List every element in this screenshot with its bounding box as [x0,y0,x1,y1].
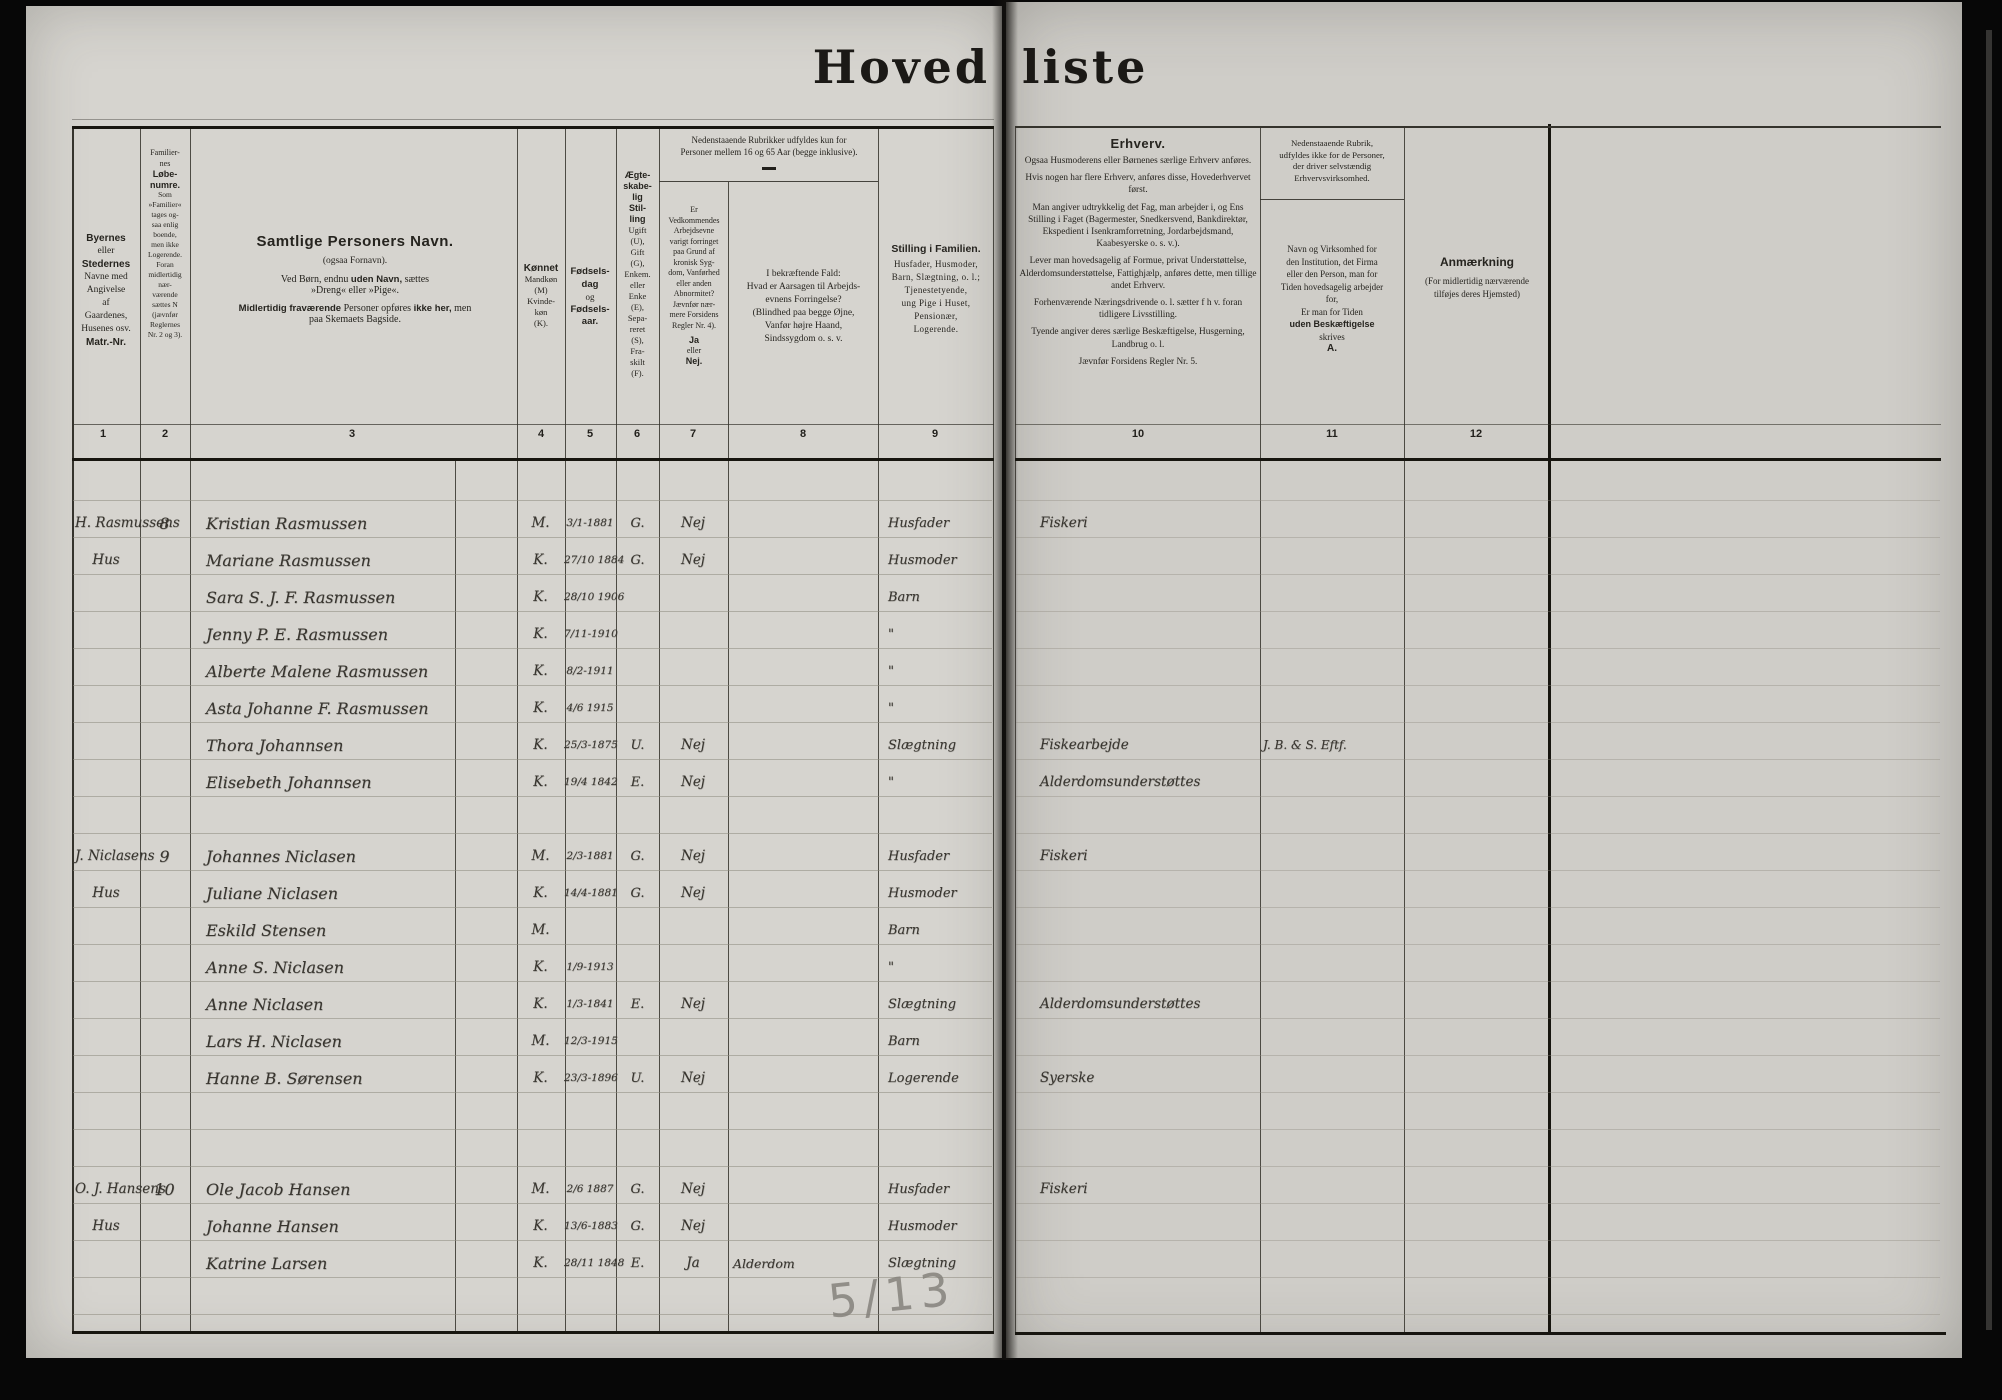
grid-line [1016,1018,1940,1019]
cell-c5: 12/3-1915 [564,1029,616,1054]
grid-line [1016,1203,1940,1204]
cell-c9: Logerende [888,1066,992,1091]
grid-line [73,759,992,760]
cell-c7: Ja [660,1251,726,1276]
cell-c5: 27/10 1884 [564,548,616,573]
cell-c1: J. Niclasens [75,844,137,869]
header-lines: Mandkøn (M) Kvinde- køn (K). [519,274,563,329]
cell-c6: U. [617,1066,658,1091]
cell-c4: K. [518,696,563,721]
grid-line [1016,1277,1940,1278]
scan-edge-sliver [1986,30,1992,1330]
header-line: Ved Børn, endnu uden Navn, sættes [196,274,514,285]
cell-c3: Eskild Stensen [206,918,451,943]
cell-c9: Husfader [888,1177,992,1202]
header-lines: Er Vedkommendes Arbejdsevne varigt forri… [661,205,727,331]
header-line: skrives [1262,331,1402,344]
cell-c5: 23/3-1896 [564,1066,616,1091]
header-lines: Familier- nes [141,148,189,169]
grid-line [72,458,994,461]
cell-c4: K. [518,622,563,647]
grid-line [73,1203,992,1204]
header-line: Nej. [661,356,727,367]
cell-c3: Sara S. J. F. Rasmussen [206,585,451,610]
cell-c5: 25/3-1875 [564,733,616,758]
header-lines: Navn og Virksomhed for den Institution, … [1262,243,1402,318]
cell-c4: K. [518,770,563,795]
column-number: 1 [83,428,123,452]
cell-c5: 13/6-1883 [564,1214,616,1239]
cell-c1: Hus [75,1214,137,1239]
grid-line [1016,1092,1940,1093]
grid-line [73,537,992,538]
cell-c5: 14/4-1881 [564,881,616,906]
cell-c3: Alberte Malene Rasmussen [206,659,451,684]
grid-line [1016,722,1940,723]
header-lines: Som »Familier« tages og- saa enlig boend… [141,190,189,340]
cell-c1: Hus [75,548,137,573]
grid-line [73,907,992,908]
header-paragraph: Jævnfør Forsidens Regler Nr. 5. [1018,356,1258,368]
cell-c5: 28/11 1848 [564,1251,616,1276]
header-col6-marital-status: Ægte- skabe- lig Stil- ling Ugift (U), G… [618,170,657,379]
header-title: Samtlige Personers Navn. [196,233,514,250]
grid-line [878,126,879,1334]
grid-line [1016,500,1940,501]
cell-c4: K. [518,548,563,573]
header-line: Midlertidig fraværende Personer opføres … [196,303,514,314]
header-col10-occupation: Erhverv. Ogsaa Husmoderens eller Børnene… [1018,136,1258,373]
grid-line [1016,759,1940,760]
grid-line [1015,458,1941,461]
grid-line [1016,648,1940,649]
cell-c3: Anne S. Niclasen [206,955,451,980]
grid-line [1016,1166,1940,1167]
grid-line [1404,126,1405,1334]
cell-c2: 10 [141,1177,188,1202]
header-line: Stedernes [74,258,138,271]
cell-c7: Nej [660,992,726,1017]
grid-line [1016,796,1940,797]
cell-c1: Hus [75,881,137,906]
column-number: 10 [1118,428,1158,452]
grid-line [993,126,994,1334]
grid-line [73,870,992,871]
cell-c6: G. [617,511,658,536]
header-line: eller [74,245,138,258]
cell-c3: Kristian Rasmussen [206,511,451,536]
cell-c11: J. B. & S. Eftf. [1263,733,1402,758]
header-paragraph: Man angiver udtrykkelig det Fag, man arb… [1018,202,1258,251]
grid-line [1016,1055,1940,1056]
cell-c9: " [888,659,992,684]
grid-line [1015,126,1016,1334]
cell-c4: M. [518,1177,563,1202]
grid-line [73,1129,992,1130]
grid-line [73,1166,992,1167]
page-title-left: Hoved [640,40,990,94]
cell-c3: Johanne Hansen [206,1214,451,1239]
cell-c5: 8/2-1911 [564,659,616,684]
header-lines: Fødsels- dag [566,266,614,291]
header-line: A. [1262,343,1402,356]
column-number: 3 [332,428,372,452]
header-lines: Fødsels- aar. [566,304,614,329]
column-number: 8 [783,428,823,452]
header-title: Stilling i Familien. [880,243,992,255]
grid-line [1548,124,1551,1334]
grid-line [728,182,729,1334]
grid-line [73,648,992,649]
column-number: 6 [617,428,657,452]
grid-line [73,1240,992,1241]
cell-c10: Syerske [1040,1066,1258,1091]
header-line: Matr.-Nr. [74,336,138,349]
cell-c9: Husfader [888,511,992,536]
cell-c4: K. [518,659,563,684]
cell-c4: M. [518,844,563,869]
scanned-census-spread: Hoved liste Byernes eller Stedernes Navn… [0,0,2002,1400]
grid-line [1260,199,1404,200]
grid-line [73,722,992,723]
header-lines: (For midlertidig nærværende tilføjes der… [1408,275,1546,301]
cell-c3: Jenny P. E. Rasmussen [206,622,451,647]
cell-c9: Barn [888,585,992,610]
header-lines: Navne med Angivelse af Gaardenes, Husene… [74,271,138,336]
cell-c6: G. [617,1177,658,1202]
grid-line [72,1331,994,1334]
cell-c4: M. [518,511,563,536]
header-line: og [566,291,614,304]
cell-c7: Nej [660,1066,726,1091]
cell-c5: 28/10 1906 [564,585,616,610]
cell-c6: G. [617,881,658,906]
cell-c9: Husmoder [888,1214,992,1239]
header-line: Ja [661,335,727,346]
cell-c4: K. [518,955,563,980]
grid-line [73,500,992,501]
cell-c6: G. [617,548,658,573]
grid-line [73,685,992,686]
grid-line [73,1055,992,1056]
cell-c6: E. [617,992,658,1017]
cell-c9: Husmoder [888,548,992,573]
cell-c3: Thora Johannsen [206,733,451,758]
cell-c10: Fiskeri [1040,1177,1258,1202]
header-paragraph: Ogsaa Husmoderens eller Børnenes særlige… [1018,155,1258,167]
grid-line [1015,126,1941,128]
cell-c9: " [888,696,992,721]
span-note-dash [762,167,776,170]
cell-c7: Nej [660,1177,726,1202]
grid-line [1016,981,1940,982]
grid-line [73,1092,992,1093]
column-number: 11 [1312,428,1352,452]
header-line: »Dreng« eller »Pige«. [196,285,514,296]
header-line: paa Skemaets Bagside. [196,314,514,325]
cell-c4: K. [518,1251,563,1276]
cell-c9: Slægtning [888,733,992,758]
grid-line [190,126,191,1334]
header-lines: Ugift (U), Gift (G), Enkem. eller Enke (… [618,225,657,379]
cell-c4: K. [518,992,563,1017]
cell-c5: 7/11-1910 [564,622,616,647]
cell-c9: Barn [888,1029,992,1054]
grid-line [1016,537,1940,538]
cell-c4: M. [518,918,563,943]
cell-c7: Nej [660,511,726,536]
cell-c5: 1/3-1841 [564,992,616,1017]
cell-c7: Nej [660,844,726,869]
cell-c4: K. [518,881,563,906]
grid-line [73,611,992,612]
grid-line [1016,1314,1940,1315]
cell-c4: K. [518,733,563,758]
cell-c4: K. [518,1214,563,1239]
cell-c6: E. [617,770,658,795]
grid-line [72,119,994,120]
cell-c4: K. [518,585,563,610]
header-line: uden Beskæftigelse [1262,318,1402,331]
column-number: 5 [570,428,610,452]
header-lines: Ægte- skabe- lig Stil- ling [618,170,657,225]
grid-line [72,126,994,129]
cell-c3: Anne Niclasen [206,992,451,1017]
header-lines: Løbe- numre. [141,169,189,190]
cell-c3: Katrine Larsen [206,1251,451,1276]
grid-line [1016,833,1940,834]
header-col8-cause: I bekræftende Fald: Hvad er Aarsagen til… [730,268,877,346]
header-line: Byernes [74,232,138,245]
header-col1-place: Byernes eller Stedernes Navne med Angive… [74,232,138,349]
grid-line [73,833,992,834]
grid-line [1015,424,1941,425]
cell-c3: Ole Jacob Hansen [206,1177,451,1202]
header-line: (ogsaa Fornavn). [196,256,514,266]
cell-c5: 4/6 1915 [564,696,616,721]
grid-line [73,796,992,797]
header-paragraph: Lever man hovedsagelig af Formue, privat… [1018,255,1258,292]
grid-line [1016,1240,1940,1241]
cell-c5: 1/9-1913 [564,955,616,980]
grid-line [73,981,992,982]
cell-c3: Mariane Rasmussen [206,548,451,573]
cell-c10: Fiskeri [1040,844,1258,869]
cell-c4: K. [518,1066,563,1091]
header-col2-family-number: Familier- nes Løbe- numre. Som »Familier… [141,148,189,340]
cell-c5: 3/1-1881 [564,511,616,536]
grid-line [1016,1129,1940,1130]
cell-c6: U. [617,733,658,758]
cell-c1: H. Rasmussens [75,511,137,536]
grid-line [73,574,992,575]
grid-line [1016,907,1940,908]
header-col12-remarks: Anmærkning (For midlertidig nærværende t… [1408,255,1546,301]
cell-c5: 2/6 1887 [564,1177,616,1202]
grid-line [517,126,518,1334]
header-line: eller [661,346,727,357]
grid-line [72,424,994,425]
cell-c7: Nej [660,733,726,758]
grid-line [659,126,660,1334]
header-age-span-note: Nedenstaaende Rubrikker udfyldes kun for… [661,134,877,158]
grid-line [73,1018,992,1019]
cell-c6: E. [617,1251,658,1276]
cell-c10: Fiskearbejde [1040,733,1258,758]
cell-c10: Alderdomsunderstøttes [1040,992,1258,1017]
grid-line [1015,1332,1946,1335]
cell-c7: Nej [660,1214,726,1239]
header-title: Anmærkning [1408,255,1546,269]
cell-c5: 19/4 1842 [564,770,616,795]
cell-c7: Nej [660,770,726,795]
cell-c4: M. [518,1029,563,1054]
header-paragraph: Hvis nogen har flere Erhverv, anføres di… [1018,172,1258,196]
cell-c3: Lars H. Niclasen [206,1029,451,1054]
grid-line [616,126,617,1334]
cell-c1: O. J. Hansens [75,1177,137,1202]
cell-c3: Elisebeth Johannsen [206,770,451,795]
grid-line [73,944,992,945]
cell-c9: Husfader [888,844,992,869]
cell-c9: Husmoder [888,881,992,906]
header-col9-family-position: Stilling i Familien. Husfader, Husmoder,… [880,243,992,336]
cell-c3: Juliane Niclasen [206,881,451,906]
header-title: Kønnet [519,263,563,274]
header-paragraph: Forhenværende Næringsdrivende o. l. sætt… [1018,297,1258,321]
cell-c10: Fiskeri [1040,511,1258,536]
grid-line [659,181,878,182]
column-number: 2 [145,428,185,452]
header-col3-names: Samtlige Personers Navn. (ogsaa Fornavn)… [196,233,514,325]
header-col11-employer: Navn og Virksomhed for den Institution, … [1262,243,1402,356]
cell-c9: Slægtning [888,992,992,1017]
header-paragraphs: Ogsaa Husmoderens eller Børnenes særlige… [1018,155,1258,368]
header-col7-work-ability: Er Vedkommendes Arbejdsevne varigt forri… [661,205,727,367]
grid-line [1260,126,1261,1334]
cell-c2: 9 [141,844,188,869]
cell-c6: G. [617,844,658,869]
grid-line [1016,611,1940,612]
grid-line [1016,574,1940,575]
cell-c3: Hanne B. Sørensen [206,1066,451,1091]
cell-c3: Asta Johanne F. Rasmussen [206,696,451,721]
cell-c3: Johannes Niclasen [206,844,451,869]
header-col5-birthdate: Fødsels- dag og Fødsels- aar. [566,266,614,329]
column-number: 12 [1456,428,1496,452]
grid-line [1016,685,1940,686]
cell-c9: " [888,770,992,795]
grid-line [1016,944,1940,945]
cell-c9: " [888,955,992,980]
header-title: Erhverv. [1018,136,1258,151]
page-title-right: liste [1022,40,1148,94]
cell-c9: " [888,622,992,647]
cell-c2: 8 [141,511,188,536]
grid-line [1016,870,1940,871]
column-number: 9 [915,428,955,452]
cell-c5: 2/3-1881 [564,844,616,869]
header-col4-sex: Kønnet Mandkøn (M) Kvinde- køn (K). [519,263,563,329]
column-number: 7 [673,428,713,452]
cell-c7: Nej [660,548,726,573]
cell-c6: G. [617,1214,658,1239]
cell-c7: Nej [660,881,726,906]
cell-c10: Alderdomsunderstøttes [1040,770,1258,795]
cell-c9: Barn [888,918,992,943]
header-lines: Husfader, Husmoder, Barn, Slægtning, o. … [880,258,992,336]
header-col11-note: Nedenstaaende Rubrik, udfyldes ikke for … [1262,138,1402,184]
column-number: 4 [521,428,561,452]
header-paragraph: Tyende angiver deres særlige Beskæftigel… [1018,326,1258,350]
